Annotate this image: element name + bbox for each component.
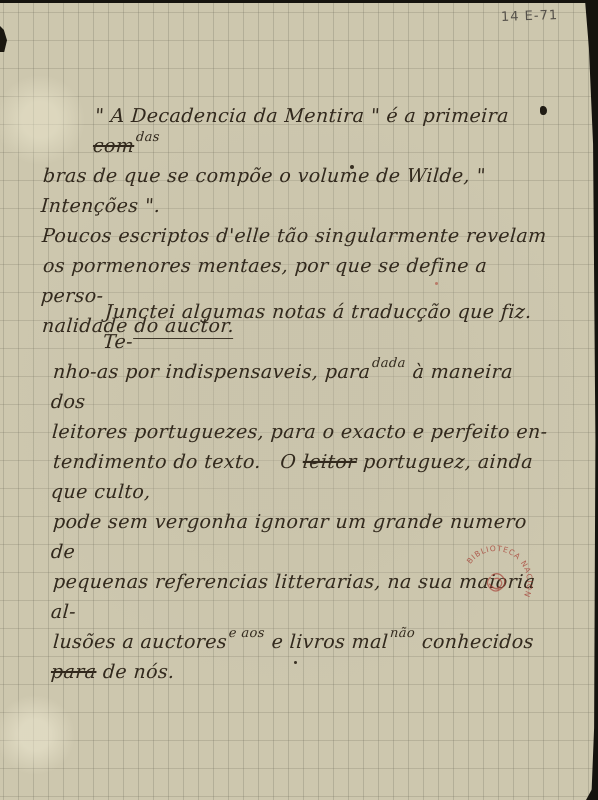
manuscript-line: Junctei algumas notas á traducção que fi… — [50, 297, 554, 357]
manuscript-line: tendimento do texto. O leitor portuguez,… — [50, 447, 554, 507]
manuscript-page: 14 E-71 " A Decadencia da Mentira " é a … — [0, 0, 598, 800]
archival-code: 14 E-71 — [501, 8, 559, 25]
ink-speck — [294, 661, 297, 664]
red-speck — [435, 282, 438, 285]
manuscript-line: Poucos escriptos d'elle tão singularment… — [41, 221, 555, 251]
struck-word: com — [92, 135, 135, 157]
manuscript-text: conhecidos — [415, 631, 541, 653]
manuscript-text: lusões a auctores — [52, 631, 228, 653]
manuscript-line: lusões a auctorese aos e livros malnão c… — [50, 627, 554, 687]
manuscript-text: Poucos escriptos d'elle tão singularment… — [41, 225, 547, 247]
manuscript-text: leitores portuguezes, para o exacto e pe… — [51, 421, 548, 443]
manuscript-text: e livros mal — [264, 631, 389, 653]
scan-edge-top-left — [0, 26, 7, 52]
stamp-emblem — [485, 571, 508, 594]
struck-word: para — [50, 661, 97, 683]
struck-word: leitor — [302, 451, 358, 473]
manuscript-text: de nós. — [96, 661, 176, 683]
scan-edge-top — [0, 0, 598, 3]
manuscript-text: nho-as por indispensaveis, para — [52, 361, 371, 383]
ink-blot — [540, 106, 547, 115]
manuscript-line: bras de que se compõe o volume de Wilde,… — [40, 161, 556, 221]
manuscript-text: tendimento do texto. O — [52, 451, 303, 473]
manuscript-text: Junctei algumas notas á traducção que fi… — [102, 301, 539, 353]
manuscript-text: bras de que se compõe o volume de Wilde,… — [40, 165, 493, 217]
manuscript-text: " A Decadencia da Mentira " é a primeira — [94, 105, 522, 127]
manuscript-line: nho-as por indispensaveis, paradada à ma… — [50, 357, 554, 417]
ink-speck — [350, 165, 354, 169]
paragraph-notes: Junctei algumas notas á traducção que fi… — [52, 297, 552, 687]
scan-edge-right — [585, 0, 598, 800]
manuscript-line: " A Decadencia da Mentira " é a primeira… — [40, 101, 556, 161]
manuscript-line: leitores portuguezes, para o exacto e pe… — [51, 417, 553, 447]
